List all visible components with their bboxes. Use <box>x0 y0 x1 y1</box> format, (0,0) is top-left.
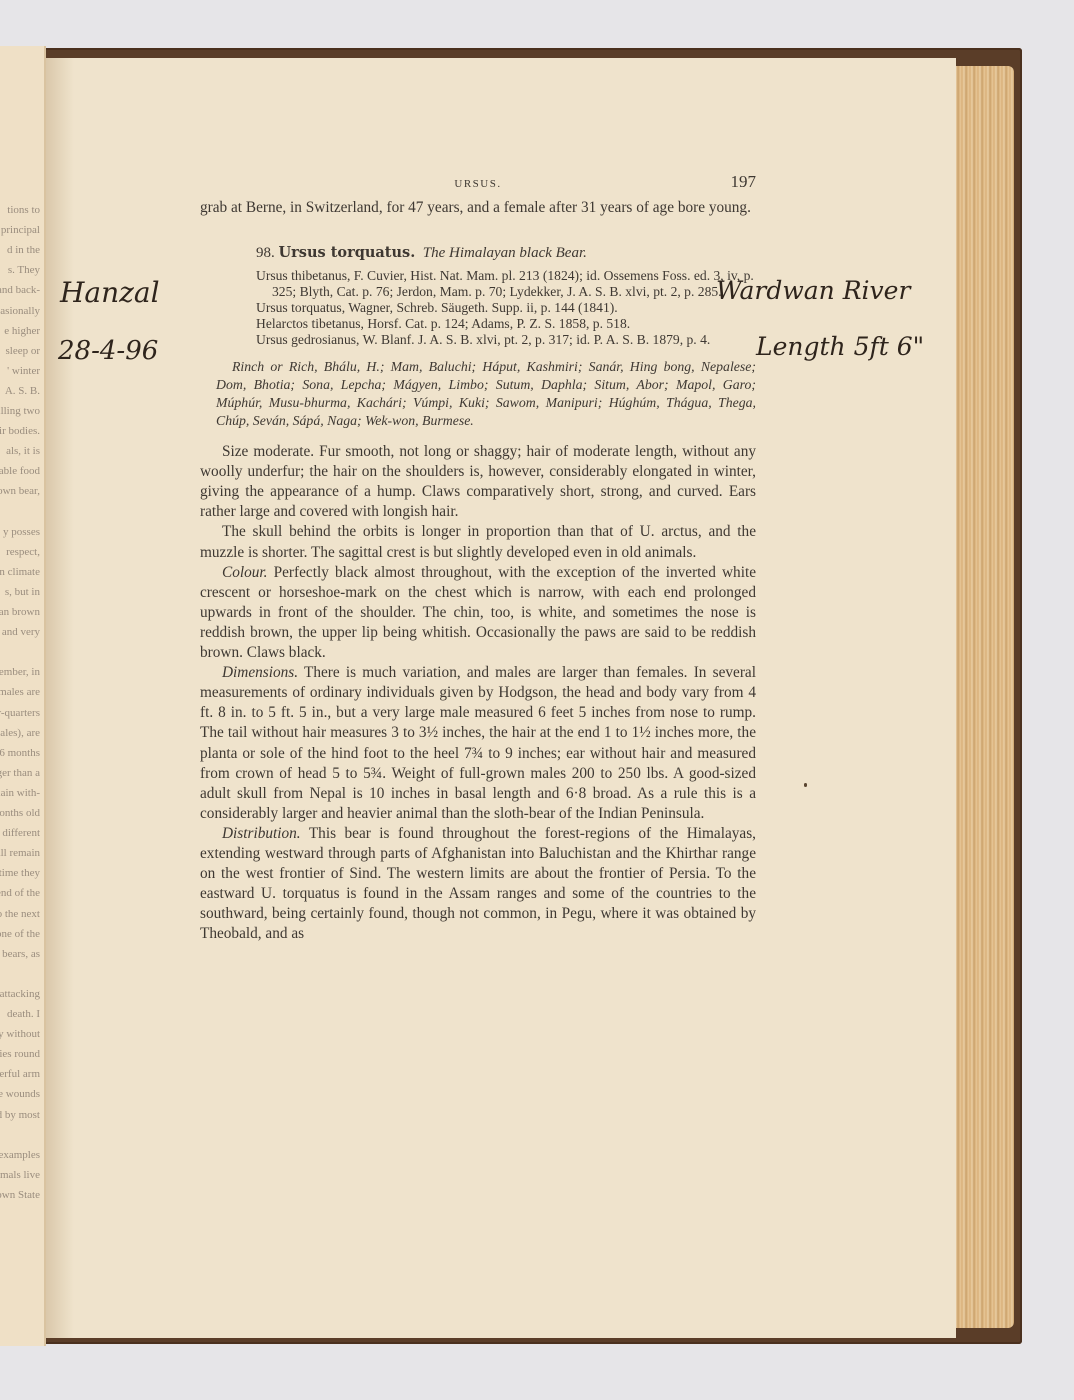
facing-page-fragment: end of the <box>0 887 40 899</box>
facing-page-fragment: h time they <box>0 867 40 879</box>
common-name: The Himalayan black Bear. <box>423 245 587 261</box>
species-name: Ursus torquatus. <box>279 244 416 261</box>
facing-page-fragment: respect, <box>6 546 40 558</box>
running-head: URSUS. 197 <box>200 172 756 198</box>
synonym-entry: Ursus gedrosianus, W. Blanf. J. A. S. B.… <box>216 332 756 348</box>
facing-page-fragment: s. They <box>8 264 40 276</box>
handwritten-note-length: Length 5ft 6" <box>756 332 924 361</box>
running-head-title: URSUS. <box>200 178 756 190</box>
vernacular-names-text: Rinch or Rich, Bhálu, H.; Mam, Baluchi; … <box>216 359 756 428</box>
facing-page-fragment: ly without <box>0 1028 40 1040</box>
facing-page-fragment: owerful arm <box>0 1068 40 1080</box>
facing-page-fragment: als, it is <box>6 445 40 457</box>
facing-page-fragment: ible wounds <box>0 1088 40 1100</box>
facing-page-fragment: principal <box>1 224 40 236</box>
facing-page-fragment: y posses <box>3 526 40 538</box>
colour-text: Perfectly black almost throughout, with … <box>200 564 756 661</box>
page-number: 197 <box>731 172 757 192</box>
facing-page-fragment: o different <box>0 827 40 839</box>
handwritten-note-date: 28-4-96 <box>58 336 158 366</box>
colour-paragraph: Colour. Perfectly black almost throughou… <box>200 563 756 663</box>
facing-page-fragment: s, but in <box>5 586 40 598</box>
facing-page-fragment: death. I <box>7 1008 40 1020</box>
facing-page-fragment: ' winter <box>7 365 40 377</box>
facing-page-fragment: r-quarters <box>0 707 40 719</box>
facing-page-fragment: tions to <box>7 204 40 216</box>
facing-page-fragment: n climate <box>0 566 40 578</box>
distribution-label: Distribution. <box>222 825 301 842</box>
facing-page-fragment: males), are <box>0 727 40 739</box>
handwritten-note-location: Wardwan River <box>716 276 910 305</box>
facing-page-fragment: asionally <box>0 305 40 317</box>
facing-page-fragment: t 6 months <box>0 747 40 759</box>
species-number: 98. <box>256 245 275 261</box>
facing-page-fragment: ger than a <box>0 767 40 779</box>
synonym-entry: Ursus torquatus, Wagner, Schreb. Säugeth… <box>216 300 756 316</box>
synonym-entry: Helarctos tibetanus, Horsf. Cat. p. 124;… <box>216 316 756 332</box>
facing-page-fragment: and back- <box>0 284 40 296</box>
facing-page-fragment: and very <box>2 626 40 638</box>
facing-page-fragment: sleep or <box>5 345 40 357</box>
distribution-paragraph: Distribution. This bear is found through… <box>200 824 756 945</box>
facing-page-fragment: A. S. B. <box>5 385 40 397</box>
facing-page-fragment: it bears, as <box>0 948 40 960</box>
facing-page-fragment: one of the <box>0 928 40 940</box>
facing-page-fragment: o the next <box>0 908 40 920</box>
page-text: URSUS. 197 grab at Berne, in Switzerland… <box>200 172 756 944</box>
distribution-text: This bear is found throughout the forest… <box>200 825 756 942</box>
description-paragraph: Size moderate. Fur smooth, not long or s… <box>200 442 756 522</box>
facing-page-fragment: ir bodies. <box>0 425 40 437</box>
facing-page: tions toprincipald in thes. Theyand back… <box>0 46 46 1346</box>
facing-page-fragment: illing two <box>0 405 40 417</box>
opening-paragraph: grab at Berne, in Switzerland, for 47 ye… <box>200 198 756 218</box>
facing-page-fragment: rown State <box>0 1189 40 1201</box>
facing-page-fragment: main with- <box>0 787 40 799</box>
facing-page-fragment: own bear, <box>0 485 40 497</box>
dimensions-paragraph: Dimensions. There is much variation, and… <box>200 663 756 824</box>
facing-page-fragment: months old <box>0 807 40 819</box>
facing-page-fragment: rries round <box>0 1048 40 1060</box>
facing-page-fragment: ; all remain <box>0 847 40 859</box>
facing-page-fragment: n attacking <box>0 988 40 1000</box>
dimensions-label: Dimensions. <box>222 664 298 681</box>
facing-page-fragment: emales are <box>0 686 40 698</box>
page-edges <box>952 66 1014 1328</box>
facing-page-fragment: d by most <box>0 1109 40 1121</box>
ink-speck <box>804 783 807 787</box>
synonym-entry: Ursus thibetanus, F. Cuvier, Hist. Nat. … <box>216 268 756 300</box>
vernacular-names: Rinch or Rich, Bhálu, H.; Mam, Baluchi; … <box>200 358 756 430</box>
facing-page-fragment: table food <box>0 465 40 477</box>
facing-page-fragment: ese examples <box>0 1149 40 1161</box>
facing-page-fragment: an brown <box>0 606 40 618</box>
dimensions-text: There is much variation, and males are l… <box>200 664 756 822</box>
facing-page-fragment: ember, in <box>0 666 40 678</box>
facing-page-fragment: animals live <box>0 1169 40 1181</box>
colour-label: Colour. <box>222 564 267 581</box>
gutter-shadow <box>44 58 74 1338</box>
species-heading: 98. Ursus torquatus. The Himalayan black… <box>256 244 756 262</box>
facing-page-fragment: d in the <box>7 244 40 256</box>
handwritten-note-hanzal: Hanzal <box>60 276 160 309</box>
skull-paragraph: The skull behind the orbits is longer in… <box>200 522 756 562</box>
facing-page-fragment: e higher <box>4 325 40 337</box>
